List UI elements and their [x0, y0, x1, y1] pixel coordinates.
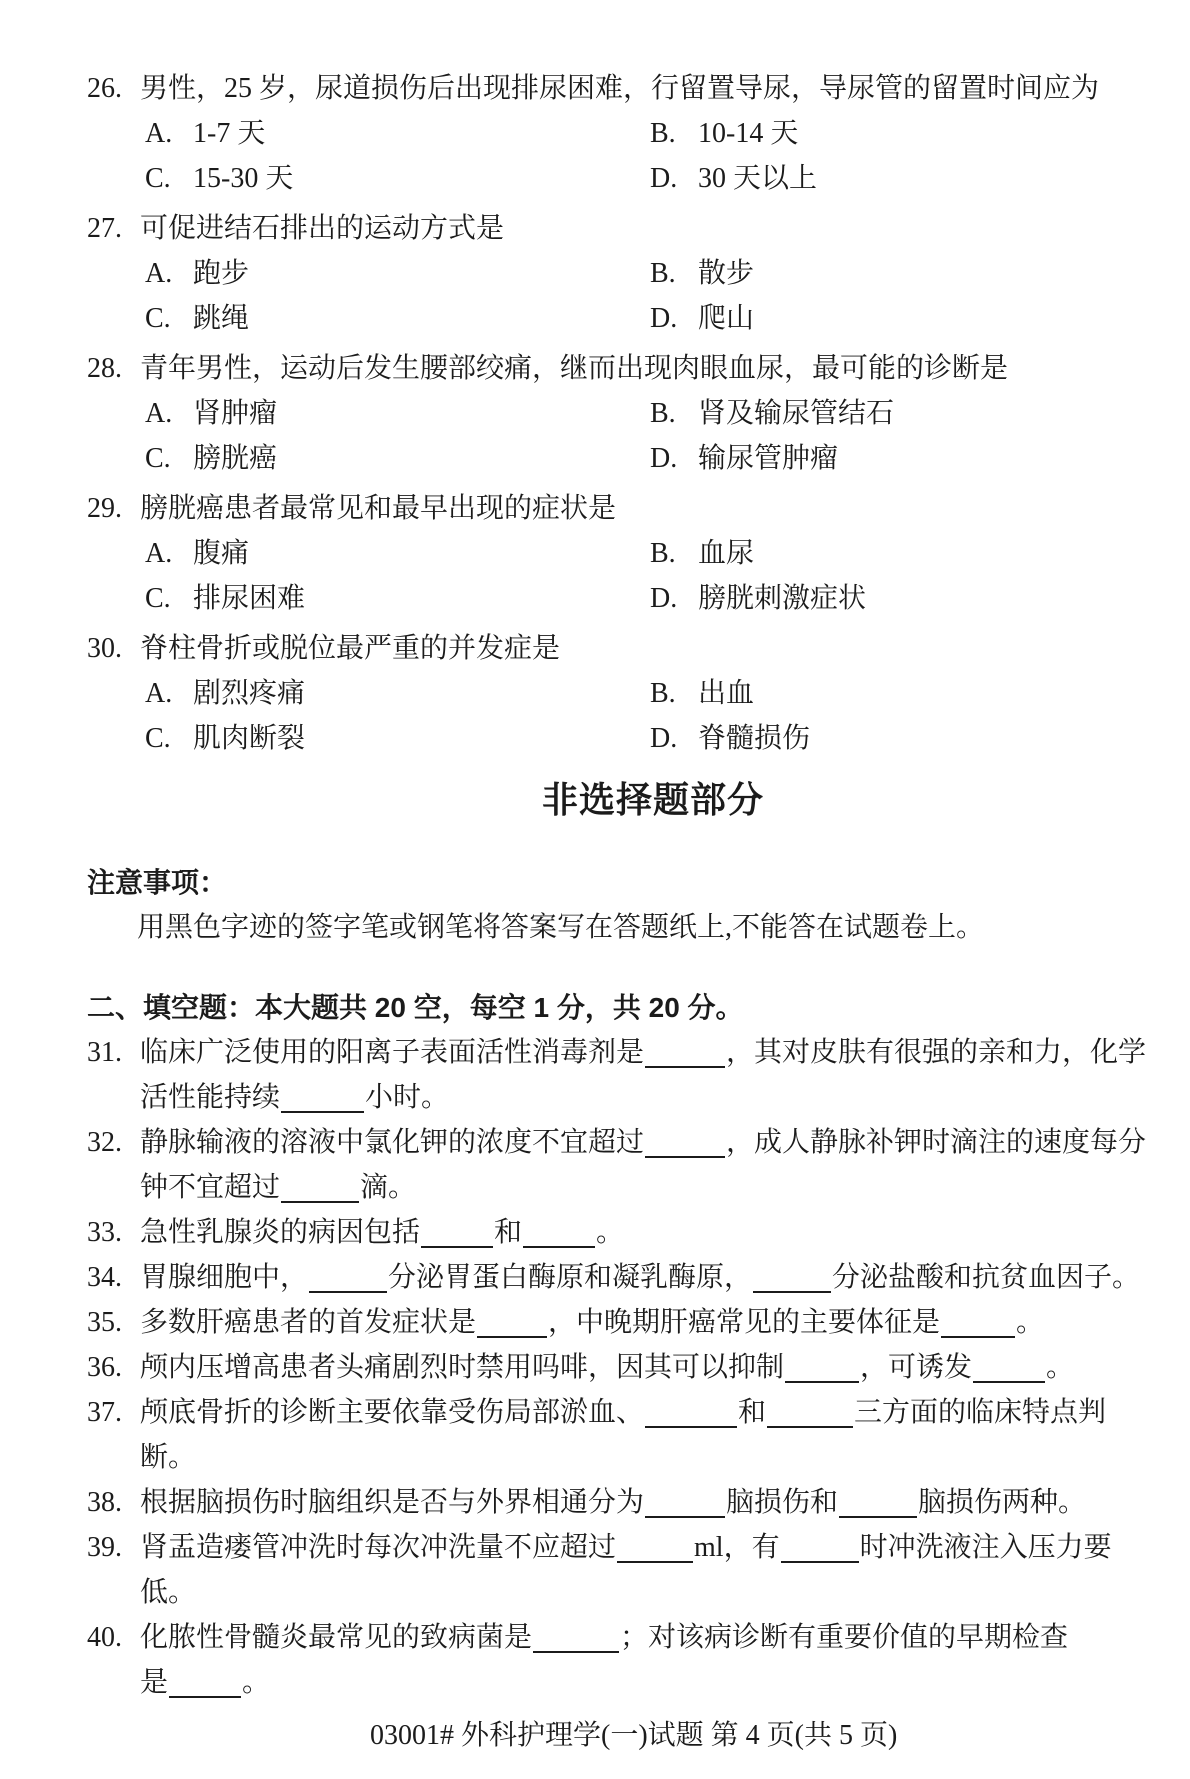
option-row: C.15-30 天D.30 天以上: [0, 156, 1190, 201]
question-number: 35.: [87, 1300, 140, 1345]
option-text: 膀胱癌: [193, 443, 277, 474]
option: B.10-14 天: [650, 111, 798, 156]
fill-blank: [645, 1396, 737, 1428]
option-label: D.: [650, 156, 698, 201]
fill-text: 三方面的临床特点判: [854, 1397, 1106, 1428]
fill-text: ；对该病诊断有重要价值的早期检查: [620, 1622, 1068, 1653]
option-text: 1-7 天: [193, 118, 265, 149]
fill-question-line: 39.肾盂造瘘管冲洗时每次冲洗量不应超过ml，有时冲洗液注入压力要: [0, 1525, 1190, 1570]
option-label: B.: [650, 531, 698, 576]
option: B.出血: [650, 671, 754, 716]
question-number: 31.: [87, 1030, 140, 1075]
question-number: 34.: [87, 1255, 140, 1300]
option-row: A.跑步B.散步: [0, 251, 1190, 296]
option-text: 跑步: [193, 258, 249, 289]
fill-question-line: 钟不宜超过滴。: [0, 1165, 1190, 1210]
fill-blank: [477, 1306, 547, 1338]
fill-text: 临床广泛使用的阳离子表面活性消毒剂是: [140, 1037, 644, 1068]
fill-blank: [281, 1171, 359, 1203]
fill-line-content: 颅内压增高患者头痛剧烈时禁用吗啡，因其可以抑制，可诱发。: [140, 1352, 1074, 1383]
option-text: 爬山: [698, 303, 754, 334]
fill-text: 急性乳腺炎的病因包括: [140, 1217, 420, 1248]
option-text: 排尿困难: [193, 583, 305, 614]
fill-text: 肾盂造瘘管冲洗时每次冲洗量不应超过: [140, 1532, 616, 1563]
fill-question-line: 31.临床广泛使用的阳离子表面活性消毒剂是，其对皮肤有很强的亲和力，化学: [0, 1030, 1190, 1075]
option-label: B.: [650, 391, 698, 436]
fill-text: ml，有: [694, 1532, 780, 1563]
option-label: B.: [650, 671, 698, 716]
fill-blank: [281, 1081, 364, 1113]
option-label: C.: [145, 576, 193, 621]
option: D.膀胱刺激症状: [650, 576, 866, 621]
option-text: 散步: [698, 258, 754, 289]
fill-text: 和: [738, 1397, 766, 1428]
fill-text: 分泌盐酸和抗贫血因子。: [832, 1262, 1140, 1293]
option-text: 腹痛: [193, 538, 249, 569]
option: D.输尿管肿瘤: [650, 436, 838, 481]
question-stem-row: 27.可促进结石排出的运动方式是: [0, 206, 1190, 251]
option: B.肾及输尿管结石: [650, 391, 894, 436]
question-number: 37.: [87, 1390, 140, 1435]
fill-text: 根据脑损伤时脑组织是否与外界相通分为: [140, 1487, 644, 1518]
option: A.剧烈疼痛: [145, 671, 305, 716]
option-label: D.: [650, 436, 698, 481]
fill-text: 胃腺细胞中，: [140, 1262, 308, 1293]
question-stem: 男性，25 岁，尿道损伤后出现排尿困难，行留置导尿，导尿管的留置时间应为: [140, 73, 1099, 104]
option-row: A.肾肿瘤B.肾及输尿管结石: [0, 391, 1190, 436]
option-text: 跳绳: [193, 303, 249, 334]
option-label: C.: [145, 156, 193, 201]
fill-line-content: 颅底骨折的诊断主要依靠受伤局部淤血、和三方面的临床特点判: [140, 1397, 1106, 1428]
question-number: 32.: [87, 1120, 140, 1165]
fill-blank: [421, 1216, 493, 1248]
fill-blank: [645, 1486, 725, 1518]
fill-text: 小时。: [365, 1082, 449, 1113]
fill-text: ，可诱发: [860, 1352, 972, 1383]
fill-blank: [753, 1261, 831, 1293]
fill-blank: [941, 1306, 1015, 1338]
option: C.膀胱癌: [145, 436, 277, 481]
multiple-choice-section: 26.男性，25 岁，尿道损伤后出现排尿困难，行留置导尿，导尿管的留置时间应为A…: [0, 66, 1190, 761]
fill-blank: [785, 1351, 859, 1383]
fill-question-line: 断。: [0, 1435, 1190, 1480]
option: D.30 天以上: [650, 156, 817, 201]
option-text: 肌肉断裂: [193, 723, 305, 754]
fill-in-blank-section: 31.临床广泛使用的阳离子表面活性消毒剂是，其对皮肤有很强的亲和力，化学活性能持…: [0, 1030, 1190, 1705]
question-stem-row: 26.男性，25 岁，尿道损伤后出现排尿困难，行留置导尿，导尿管的留置时间应为: [0, 66, 1190, 111]
fill-text: 脑损伤两种。: [918, 1487, 1086, 1518]
question-number: 38.: [87, 1480, 140, 1525]
question-number: 40.: [87, 1615, 140, 1660]
fill-line-content: 是。: [140, 1667, 270, 1698]
fill-line-content: 断。: [140, 1442, 196, 1473]
fill-question-line: 35.多数肝癌患者的首发症状是，中晚期肝癌常见的主要体征是。: [0, 1300, 1190, 1345]
option: D.脊髓损伤: [650, 716, 810, 761]
fill-question-line: 活性能持续小时。: [0, 1075, 1190, 1120]
option: B.散步: [650, 251, 754, 296]
question-number: 29.: [87, 486, 140, 531]
option-text: 膀胱刺激症状: [698, 583, 866, 614]
option-row: A.剧烈疼痛B.出血: [0, 671, 1190, 716]
option-text: 出血: [698, 678, 754, 709]
question-number: 30.: [87, 626, 140, 671]
fill-text: 滴。: [360, 1172, 416, 1203]
fill-text: 静脉输液的溶液中氯化钾的浓度不宜超过: [140, 1127, 644, 1158]
fill-blank: [309, 1261, 387, 1293]
option-text: 脊髓损伤: [698, 723, 810, 754]
fill-line-content: 活性能持续小时。: [140, 1082, 449, 1113]
fill-question-line: 33.急性乳腺炎的病因包括和。: [0, 1210, 1190, 1255]
fill-text: 。: [1046, 1352, 1074, 1383]
option-text: 输尿管肿瘤: [698, 443, 838, 474]
fill-text: 断。: [140, 1442, 196, 1473]
option-row: A.腹痛B.血尿: [0, 531, 1190, 576]
page-footer: 03001# 外科护理学(一)试题 第 4 页(共 5 页): [0, 1713, 1190, 1758]
fill-blank: [973, 1351, 1045, 1383]
option-text: 肾肿瘤: [193, 398, 277, 429]
option-label: D.: [650, 716, 698, 761]
fill-line-content: 多数肝癌患者的首发症状是，中晚期肝癌常见的主要体征是。: [140, 1307, 1044, 1338]
option-row: C.跳绳D.爬山: [0, 296, 1190, 341]
fill-question-line: 38.根据脑损伤时脑组织是否与外界相通分为脑损伤和脑损伤两种。: [0, 1480, 1190, 1525]
option-row: C.排尿困难D.膀胱刺激症状: [0, 576, 1190, 621]
fill-line-content: 临床广泛使用的阳离子表面活性消毒剂是，其对皮肤有很强的亲和力，化学: [140, 1037, 1146, 1068]
question-stem-row: 30.脊柱骨折或脱位最严重的并发症是: [0, 626, 1190, 671]
question-number: 36.: [87, 1345, 140, 1390]
option-label: C.: [145, 296, 193, 341]
option-label: B.: [650, 111, 698, 156]
question-stem-row: 29.膀胱癌患者最常见和最早出现的症状是: [0, 486, 1190, 531]
fill-text: 是: [140, 1667, 168, 1698]
option-row: A.1-7 天B.10-14 天: [0, 111, 1190, 156]
mc-question: 28.青年男性，运动后发生腰部绞痛，继而出现肉眼血尿，最可能的诊断是A.肾肿瘤B…: [0, 346, 1190, 481]
fill-blank: [533, 1621, 619, 1653]
option-label: B.: [650, 251, 698, 296]
question-number: 28.: [87, 346, 140, 391]
question-number: 39.: [87, 1525, 140, 1570]
option-row: C.膀胱癌D.输尿管肿瘤: [0, 436, 1190, 481]
option: A.跑步: [145, 251, 249, 296]
mc-question: 30.脊柱骨折或脱位最严重的并发症是A.剧烈疼痛B.出血C.肌肉断裂D.脊髓损伤: [0, 626, 1190, 761]
fill-text: 。: [242, 1667, 270, 1698]
fill-blank: [169, 1666, 241, 1698]
option: C.排尿困难: [145, 576, 305, 621]
fill-text: 低。: [140, 1577, 196, 1608]
fill-line-content: 胃腺细胞中，分泌胃蛋白酶原和凝乳酶原，分泌盐酸和抗贫血因子。: [140, 1262, 1140, 1293]
fill-text: 。: [1016, 1307, 1044, 1338]
fill-text: 钟不宜超过: [140, 1172, 280, 1203]
fill-text: 。: [596, 1217, 624, 1248]
option-label: A.: [145, 111, 193, 156]
notes-label: 注意事项：: [0, 860, 1190, 905]
question-stem-row: 28.青年男性，运动后发生腰部绞痛，继而出现肉眼血尿，最可能的诊断是: [0, 346, 1190, 391]
fill-blank: [645, 1126, 725, 1158]
fill-blank: [781, 1531, 859, 1563]
mc-question: 27.可促进结石排出的运动方式是A.跑步B.散步C.跳绳D.爬山: [0, 206, 1190, 341]
fill-text: ，其对皮肤有很强的亲和力，化学: [726, 1037, 1146, 1068]
fill-text: 颅底骨折的诊断主要依靠受伤局部淤血、: [140, 1397, 644, 1428]
fill-section-header: 二、填空题：本大题共 20 空，每空 1 分，共 20 分。: [0, 985, 1190, 1030]
question-number: 27.: [87, 206, 140, 251]
option-label: C.: [145, 436, 193, 481]
question-number: 33.: [87, 1210, 140, 1255]
fill-text: 活性能持续: [140, 1082, 280, 1113]
fill-line-content: 急性乳腺炎的病因包括和。: [140, 1217, 624, 1248]
fill-text: 和: [494, 1217, 522, 1248]
fill-line-content: 化脓性骨髓炎最常见的致病菌是；对该病诊断有重要价值的早期检查: [140, 1622, 1068, 1653]
fill-text: 颅内压增高患者头痛剧烈时禁用吗啡，因其可以抑制: [140, 1352, 784, 1383]
option-label: D.: [650, 296, 698, 341]
fill-question-line: 34.胃腺细胞中，分泌胃蛋白酶原和凝乳酶原，分泌盐酸和抗贫血因子。: [0, 1255, 1190, 1300]
fill-text: ，成人静脉补钾时滴注的速度每分: [726, 1127, 1146, 1158]
fill-text: 分泌胃蛋白酶原和凝乳酶原，: [388, 1262, 752, 1293]
option: D.爬山: [650, 296, 754, 341]
option-label: C.: [145, 716, 193, 761]
fill-text: 多数肝癌患者的首发症状是: [140, 1307, 476, 1338]
question-number: 26.: [87, 66, 140, 111]
fill-question-line: 32.静脉输液的溶液中氯化钾的浓度不宜超过，成人静脉补钾时滴注的速度每分: [0, 1120, 1190, 1165]
fill-question-line: 是。: [0, 1660, 1190, 1705]
option-text: 剧烈疼痛: [193, 678, 305, 709]
option-label: A.: [145, 531, 193, 576]
fill-text: 脑损伤和: [726, 1487, 838, 1518]
exam-paper-page: 26.男性，25 岁，尿道损伤后出现排尿困难，行留置导尿，导尿管的留置时间应为A…: [0, 0, 1190, 1779]
option-text: 血尿: [698, 538, 754, 569]
question-stem: 可促进结石排出的运动方式是: [140, 213, 504, 244]
fill-blank: [645, 1036, 725, 1068]
option-text: 肾及输尿管结石: [698, 398, 894, 429]
option-row: C.肌肉断裂D.脊髓损伤: [0, 716, 1190, 761]
fill-text: 化脓性骨髓炎最常见的致病菌是: [140, 1622, 532, 1653]
fill-question-line: 37.颅底骨折的诊断主要依靠受伤局部淤血、和三方面的临床特点判: [0, 1390, 1190, 1435]
fill-line-content: 钟不宜超过滴。: [140, 1172, 416, 1203]
option-text: 15-30 天: [193, 163, 293, 194]
option-text: 10-14 天: [698, 118, 798, 149]
fill-text: ，中晚期肝癌常见的主要体征是: [548, 1307, 940, 1338]
option-label: D.: [650, 576, 698, 621]
option: A.1-7 天: [145, 111, 265, 156]
fill-line-content: 根据脑损伤时脑组织是否与外界相通分为脑损伤和脑损伤两种。: [140, 1487, 1086, 1518]
option: B.血尿: [650, 531, 754, 576]
notes-text: 用黑色字迹的签字笔或钢笔将答案写在答题纸上,不能答在试题卷上。: [0, 905, 1190, 950]
fill-question-line: 低。: [0, 1570, 1190, 1615]
option-label: A.: [145, 391, 193, 436]
mc-question: 26.男性，25 岁，尿道损伤后出现排尿困难，行留置导尿，导尿管的留置时间应为A…: [0, 66, 1190, 201]
option: A.腹痛: [145, 531, 249, 576]
mc-question: 29.膀胱癌患者最常见和最早出现的症状是A.腹痛B.血尿C.排尿困难D.膀胱刺激…: [0, 486, 1190, 621]
fill-question-line: 36.颅内压增高患者头痛剧烈时禁用吗啡，因其可以抑制，可诱发。: [0, 1345, 1190, 1390]
option-label: A.: [145, 251, 193, 296]
question-stem: 膀胱癌患者最常见和最早出现的症状是: [140, 493, 616, 524]
fill-question-line: 40.化脓性骨髓炎最常见的致病菌是；对该病诊断有重要价值的早期检查: [0, 1615, 1190, 1660]
fill-text: 时冲洗液注入压力要: [860, 1532, 1112, 1563]
fill-line-content: 静脉输液的溶液中氯化钾的浓度不宜超过，成人静脉补钾时滴注的速度每分: [140, 1127, 1146, 1158]
fill-blank: [839, 1486, 917, 1518]
option: C.肌肉断裂: [145, 716, 305, 761]
question-stem: 脊柱骨折或脱位最严重的并发症是: [140, 633, 560, 664]
fill-line-content: 低。: [140, 1577, 196, 1608]
option: C.15-30 天: [145, 156, 293, 201]
fill-blank: [767, 1396, 853, 1428]
option: C.跳绳: [145, 296, 249, 341]
fill-blank: [617, 1531, 693, 1563]
option-label: A.: [145, 671, 193, 716]
option: A.肾肿瘤: [145, 391, 277, 436]
fill-line-content: 肾盂造瘘管冲洗时每次冲洗量不应超过ml，有时冲洗液注入压力要: [140, 1532, 1112, 1563]
question-stem: 青年男性，运动后发生腰部绞痛，继而出现肉眼血尿，最可能的诊断是: [140, 353, 1008, 384]
section-title: 非选择题部分: [0, 779, 1190, 821]
option-text: 30 天以上: [698, 163, 817, 194]
fill-blank: [523, 1216, 595, 1248]
